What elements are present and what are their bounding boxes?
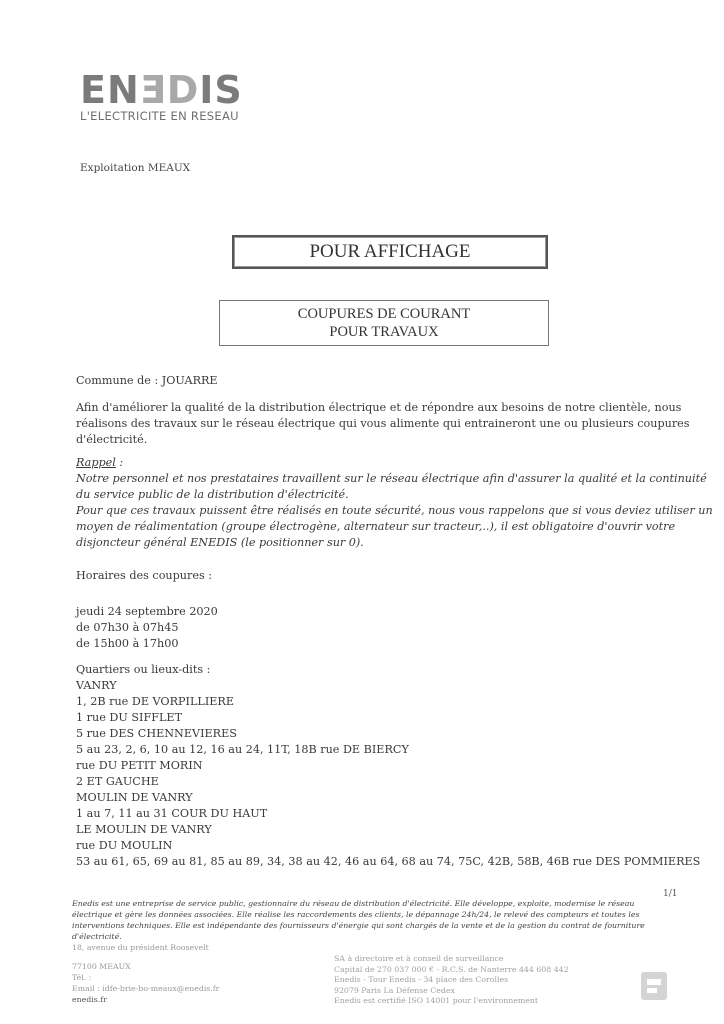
address-right: SA à directoire et à conseil de surveill… bbox=[334, 954, 569, 1007]
quartier-item: MOULIN DE VANRY bbox=[76, 790, 700, 806]
rappel-heading: Rappel : bbox=[76, 455, 716, 471]
legal-line: Capital de 270 037 000 € - R.C.S. de Nan… bbox=[334, 965, 569, 976]
schedule-slot: de 07h30 à 07h45 bbox=[76, 620, 218, 636]
legal-line: 92079 Paris La Défense Cedex bbox=[334, 986, 569, 997]
address-email[interactable]: Email : idfe-brie-bo-meaux@enedis.fr bbox=[72, 983, 219, 994]
website-link[interactable]: enedis.fr bbox=[72, 994, 219, 1005]
legal-line: Enedis est certifié ISO 14001 pour l'env… bbox=[334, 996, 569, 1007]
address-left: 18, avenue du président Roosevelt 77100 … bbox=[72, 942, 219, 1005]
address-city: 77100 MEAUX bbox=[72, 961, 219, 972]
intro-paragraph: Afin d'améliorer la qualité de la distri… bbox=[76, 400, 716, 448]
schedule-date: jeudi 24 septembre 2020 bbox=[76, 604, 218, 620]
rappel-line: Notre personnel et nos prestataires trav… bbox=[76, 471, 716, 503]
commune: Commune de : JOUARRE bbox=[76, 373, 218, 389]
logo-tagline: L'ELECTRICITE EN RESEAU bbox=[80, 109, 239, 123]
legal-line: SA à directoire et à conseil de surveill… bbox=[334, 954, 569, 965]
schedule-slot: de 15h00 à 17h00 bbox=[76, 636, 218, 652]
quartier-item: 5 rue DES CHENNEVIERES bbox=[76, 726, 700, 742]
quartier-item: LE MOULIN DE VANRY bbox=[76, 822, 700, 838]
rappel-section: Rappel : Notre personnel et nos prestata… bbox=[76, 455, 716, 551]
schedule: jeudi 24 septembre 2020 de 07h30 à 07h45… bbox=[76, 604, 218, 652]
quartier-item: 1 au 7, 11 au 31 COUR DU HAUT bbox=[76, 806, 700, 822]
notice-subtitle-line2: POUR TRAVAUX bbox=[329, 323, 438, 341]
address-street: 18, avenue du président Roosevelt bbox=[72, 942, 219, 953]
notice-title-box: POUR AFFICHAGE bbox=[232, 235, 548, 269]
notice-title: POUR AFFICHAGE bbox=[309, 241, 470, 263]
iso-certification-icon bbox=[640, 968, 670, 1004]
legal-line: Enedis - Tour Enedis - 34 place des Coro… bbox=[334, 975, 569, 986]
horaires-label: Horaires des coupures : bbox=[76, 568, 212, 584]
notice-subtitle-line1: COUPURES DE COURANT bbox=[298, 305, 470, 323]
notice-subtitle-box: COUPURES DE COURANT POUR TRAVAUX bbox=[219, 300, 549, 346]
quartiers-section: Quartiers ou lieux-dits : VANRY 1, 2B ru… bbox=[76, 662, 700, 870]
address-tel: Tél. : bbox=[72, 972, 219, 983]
quartier-item: 1, 2B rue DE VORPILLIERE bbox=[76, 694, 700, 710]
quartier-item: VANRY bbox=[76, 678, 700, 694]
footer-legal: Enedis est une entreprise de service pub… bbox=[72, 898, 672, 942]
site-name: Exploitation MEAUX bbox=[80, 162, 190, 174]
quartier-item: rue DU MOULIN bbox=[76, 838, 700, 854]
quartier-item: rue DU PETIT MORIN bbox=[76, 758, 700, 774]
quartier-item: 2 ET GAUCHE bbox=[76, 774, 700, 790]
quartier-item: 1 rue DU SIFFLET bbox=[76, 710, 700, 726]
quartiers-label: Quartiers ou lieux-dits : bbox=[76, 662, 700, 678]
quartier-item: 53 au 61, 65, 69 au 81, 85 au 89, 34, 38… bbox=[76, 854, 700, 870]
rappel-line: Pour que ces travaux puissent être réali… bbox=[76, 503, 716, 551]
quartier-item: 5 au 23, 2, 6, 10 au 12, 16 au 24, 11T, … bbox=[76, 742, 700, 758]
enedis-logo: ENƎDIS bbox=[80, 70, 243, 110]
